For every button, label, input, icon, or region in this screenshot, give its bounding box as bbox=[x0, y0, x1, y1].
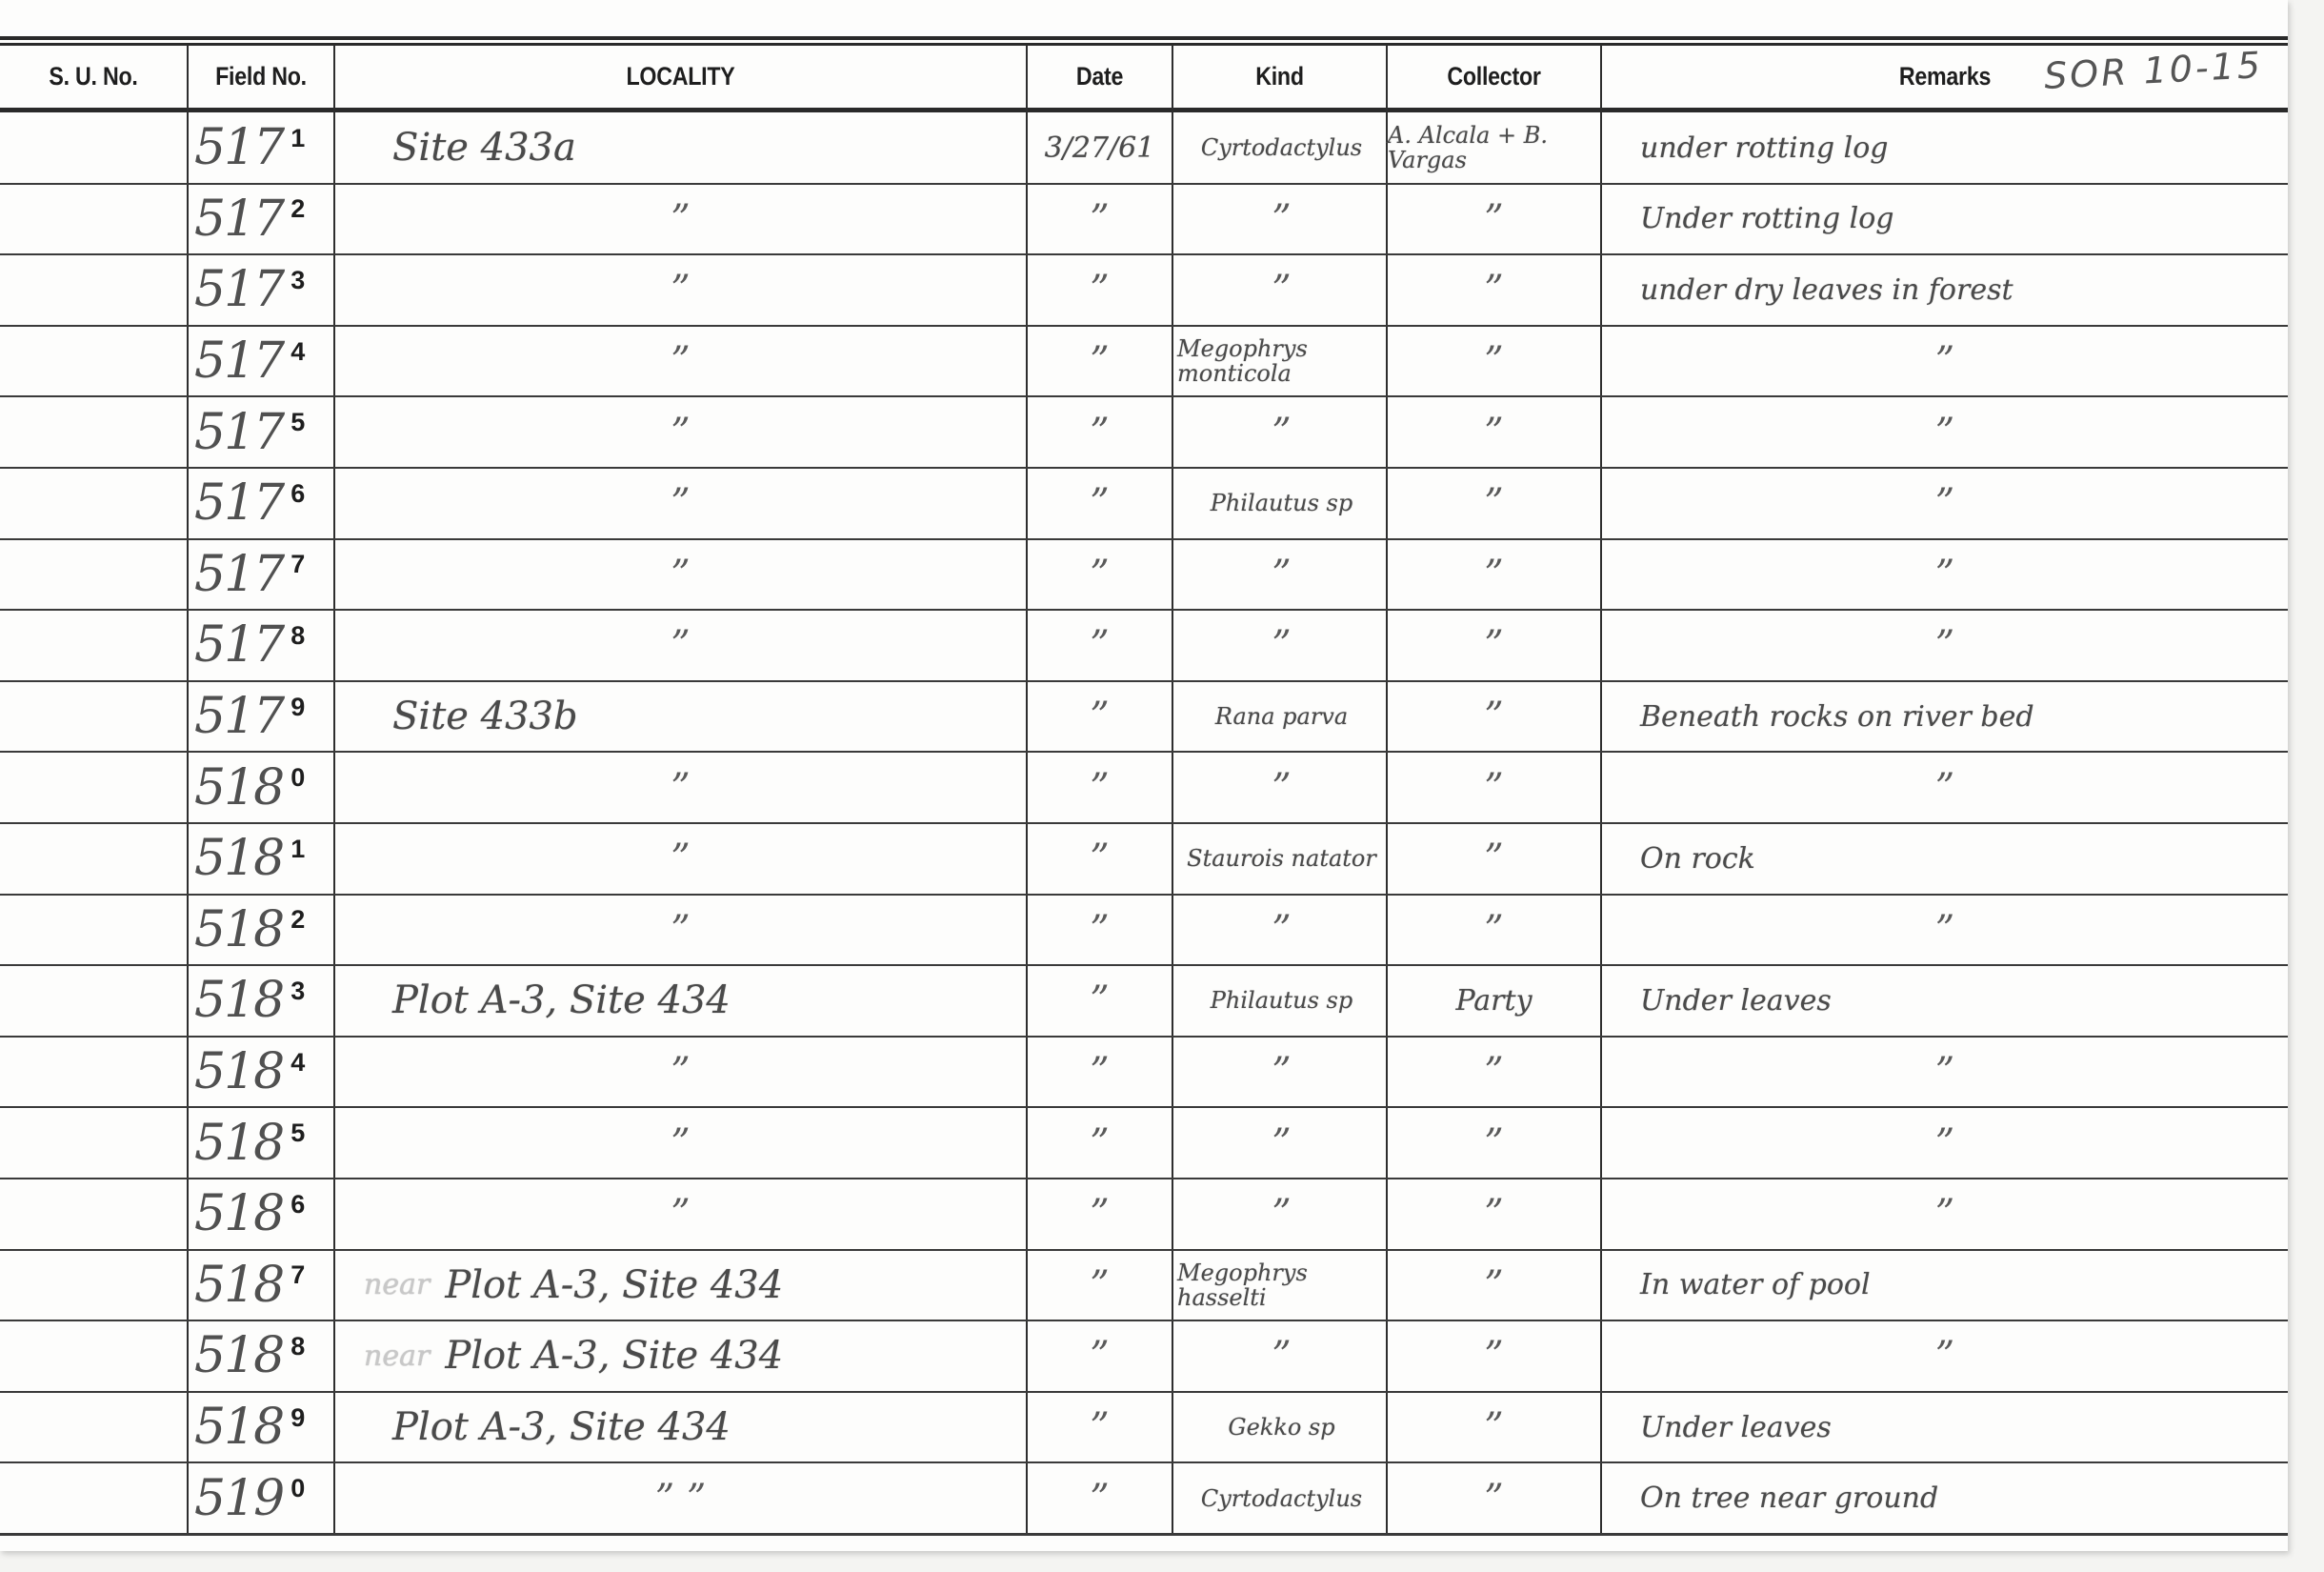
table-row: 5184””””” bbox=[0, 1037, 2288, 1108]
su-no-cell bbox=[0, 539, 187, 611]
collector-cell: ” bbox=[1388, 468, 1600, 539]
kind-cell: ” bbox=[1177, 895, 1386, 966]
remarks-cell: Under leaves bbox=[1602, 965, 2288, 1037]
table-row: 5173””””under dry leaves in forest bbox=[0, 254, 2288, 326]
field-no-cell: 5189 bbox=[194, 1392, 333, 1463]
remarks-cell: On tree near ground bbox=[1602, 1462, 2288, 1534]
field-no-printed-digit: 7 bbox=[290, 1260, 305, 1290]
kind-cell-text: ” bbox=[1272, 411, 1291, 454]
header-kind: Kind bbox=[1189, 48, 1372, 105]
remarks-cell-text: Beneath rocks on river bed bbox=[1640, 700, 2034, 734]
su-no-cell bbox=[0, 1037, 187, 1108]
remarks-cell: Under rotting log bbox=[1602, 184, 2288, 255]
date-cell: ” bbox=[1028, 468, 1172, 539]
locality-cell: Plot A-3, Site 434 bbox=[335, 1392, 1026, 1463]
locality-text: ” bbox=[671, 623, 690, 667]
date-cell: ” bbox=[1028, 184, 1172, 255]
remarks-cell: ” bbox=[1602, 326, 2288, 397]
locality-text: ” bbox=[671, 197, 690, 241]
row-rule bbox=[0, 1533, 2288, 1536]
field-no-handwritten: 517 bbox=[194, 261, 283, 318]
kind-cell: ” bbox=[1177, 254, 1386, 326]
su-no-cell bbox=[0, 396, 187, 468]
date-cell-text: ” bbox=[1090, 766, 1109, 810]
kind-cell-text: Cyrtodactylus bbox=[1201, 135, 1362, 160]
table-row: 5176””Philautus sp”” bbox=[0, 468, 2288, 539]
table-row: 5185””””” bbox=[0, 1107, 2288, 1179]
field-no-cell: 5190 bbox=[194, 1462, 333, 1534]
date-cell: ” bbox=[1028, 823, 1172, 895]
collector-cell-text: ” bbox=[1484, 268, 1503, 312]
remarks-cell-text: ” bbox=[1935, 481, 1954, 525]
field-no-handwritten: 518 bbox=[194, 1399, 283, 1456]
collector-cell: ” bbox=[1388, 254, 1600, 326]
collector-cell-text: ” bbox=[1484, 1477, 1503, 1521]
field-no-handwritten: 519 bbox=[194, 1470, 283, 1527]
collector-cell-text: ” bbox=[1484, 1405, 1503, 1449]
kind-cell-text: Rana parva bbox=[1215, 704, 1348, 729]
locality-cell: nearPlot A-3, Site 434 bbox=[335, 1320, 1026, 1392]
field-no-cell: 5184 bbox=[194, 1037, 333, 1108]
table-row: 5178””””” bbox=[0, 610, 2288, 681]
su-no-cell bbox=[0, 184, 187, 255]
kind-cell: Megophrys monticola bbox=[1177, 326, 1386, 397]
table-row: 5182””””” bbox=[0, 895, 2288, 966]
locality-text: ” bbox=[671, 268, 690, 312]
collector-cell: ” bbox=[1388, 1320, 1600, 1392]
kind-cell-text: ” bbox=[1272, 766, 1291, 810]
kind-cell-text: ” bbox=[1272, 268, 1291, 312]
field-no-handwritten: 517 bbox=[194, 333, 283, 390]
collector-cell-text: ” bbox=[1484, 339, 1503, 383]
su-no-cell bbox=[0, 1320, 187, 1392]
locality-cell: ” bbox=[335, 610, 1026, 681]
locality-text: ” bbox=[671, 766, 690, 810]
su-no-cell bbox=[0, 254, 187, 326]
header-collector: Collector bbox=[1403, 48, 1586, 105]
table-row: 5172””””Under rotting log bbox=[0, 184, 2288, 255]
collector-cell-text: ” bbox=[1484, 197, 1503, 241]
kind-cell: Cyrtodactylus bbox=[1177, 112, 1386, 184]
kind-cell: ” bbox=[1177, 184, 1386, 255]
remarks-cell: ” bbox=[1602, 468, 2288, 539]
header-date: Date bbox=[1038, 48, 1162, 105]
kind-cell-text: Gekko sp bbox=[1228, 1415, 1334, 1440]
kind-cell: Cyrtodactylus bbox=[1177, 1462, 1386, 1534]
field-no-handwritten: 518 bbox=[194, 972, 283, 1029]
field-no-printed-digit: 8 bbox=[290, 1332, 305, 1361]
kind-cell: ” bbox=[1177, 752, 1386, 823]
date-cell: ” bbox=[1028, 610, 1172, 681]
field-no-cell: 5174 bbox=[194, 326, 333, 397]
locality-cell: Site 433a bbox=[335, 112, 1026, 184]
locality-text: Plot A-3, Site 434 bbox=[445, 1334, 783, 1378]
date-cell-text: ” bbox=[1090, 1050, 1109, 1094]
remarks-cell-text: under rotting log bbox=[1640, 131, 1889, 165]
kind-cell: Rana parva bbox=[1177, 681, 1386, 753]
date-cell-text: ” bbox=[1090, 197, 1109, 241]
locality-text: Plot A-3, Site 434 bbox=[392, 1405, 731, 1449]
locality-cell: ” bbox=[335, 1037, 1026, 1108]
date-cell-text: ” bbox=[1090, 978, 1109, 1022]
locality-text: ” bbox=[671, 339, 690, 383]
date-cell: ” bbox=[1028, 752, 1172, 823]
remarks-cell-text: ” bbox=[1935, 553, 1954, 596]
field-no-cell: 5183 bbox=[194, 965, 333, 1037]
field-no-cell: 5185 bbox=[194, 1107, 333, 1179]
date-cell-text: ” bbox=[1090, 623, 1109, 667]
collector-cell: ” bbox=[1388, 184, 1600, 255]
collector-cell-text: ” bbox=[1484, 836, 1503, 880]
su-no-cell bbox=[0, 1179, 187, 1250]
remarks-cell-text: under dry leaves in forest bbox=[1640, 273, 2013, 307]
remarks-cell: under rotting log bbox=[1602, 112, 2288, 184]
su-no-cell bbox=[0, 895, 187, 966]
collector-cell: ” bbox=[1388, 1179, 1600, 1250]
locality-cell: ” bbox=[335, 539, 1026, 611]
kind-cell-text: ” bbox=[1272, 1050, 1291, 1094]
kind-cell-text: Cyrtodactylus bbox=[1201, 1486, 1362, 1511]
locality-cell: Plot A-3, Site 434 bbox=[335, 965, 1026, 1037]
date-cell-text: 3/27/61 bbox=[1045, 131, 1155, 165]
field-no-cell: 5188 bbox=[194, 1320, 333, 1392]
field-no-handwritten: 518 bbox=[194, 1327, 283, 1384]
field-no-handwritten: 518 bbox=[194, 1185, 283, 1242]
field-no-cell: 5180 bbox=[194, 752, 333, 823]
remarks-cell-text: Under leaves bbox=[1640, 1411, 1832, 1444]
field-no-handwritten: 517 bbox=[194, 688, 283, 745]
field-no-cell: 5175 bbox=[194, 396, 333, 468]
field-no-cell: 5171 bbox=[194, 112, 333, 184]
locality-cell: ” bbox=[335, 1179, 1026, 1250]
field-no-handwritten: 517 bbox=[194, 546, 283, 603]
kind-cell-text: ” bbox=[1272, 908, 1291, 952]
locality-erased-text: near bbox=[364, 1268, 430, 1301]
field-no-printed-digit: 7 bbox=[290, 550, 305, 579]
remarks-cell-text: ” bbox=[1935, 339, 1954, 383]
remarks-cell: under dry leaves in forest bbox=[1602, 254, 2288, 326]
kind-cell: ” bbox=[1177, 1320, 1386, 1392]
remarks-cell-text: In water of pool bbox=[1640, 1268, 1871, 1301]
date-cell: ” bbox=[1028, 895, 1172, 966]
kind-cell-text: Megophrys monticola bbox=[1177, 336, 1386, 386]
remarks-cell-text: ” bbox=[1935, 1334, 1954, 1378]
date-cell-text: ” bbox=[1090, 1405, 1109, 1449]
kind-cell-text: Megophrys hasselti bbox=[1177, 1260, 1386, 1310]
header-su-no: S. U. No. bbox=[13, 48, 174, 105]
field-no-cell: 5178 bbox=[194, 610, 333, 681]
su-no-cell bbox=[0, 681, 187, 753]
field-no-printed-digit: 3 bbox=[290, 266, 305, 295]
collector-cell: ” bbox=[1388, 1250, 1600, 1321]
locality-cell: ” bbox=[335, 752, 1026, 823]
remarks-cell: ” bbox=[1602, 1179, 2288, 1250]
collector-cell: Party bbox=[1388, 965, 1600, 1037]
collector-cell-text: Party bbox=[1455, 984, 1532, 1018]
collector-cell-text: ” bbox=[1484, 1121, 1503, 1165]
table-row: 5180””””” bbox=[0, 752, 2288, 823]
remarks-cell: Beneath rocks on river bed bbox=[1602, 681, 2288, 753]
remarks-cell: ” bbox=[1602, 610, 2288, 681]
field-no-printed-digit: 4 bbox=[290, 337, 305, 367]
remarks-cell-text: ” bbox=[1935, 623, 1954, 667]
kind-cell: Gekko sp bbox=[1177, 1392, 1386, 1463]
field-no-printed-digit: 6 bbox=[290, 1190, 305, 1219]
date-cell: ” bbox=[1028, 254, 1172, 326]
remarks-cell-text: ” bbox=[1935, 1050, 1954, 1094]
field-no-handwritten: 518 bbox=[194, 1043, 283, 1100]
collector-cell: ” bbox=[1388, 752, 1600, 823]
remarks-cell-text: ” bbox=[1935, 1192, 1954, 1236]
table-row: 5175””””” bbox=[0, 396, 2288, 468]
field-no-printed-digit: 2 bbox=[290, 194, 305, 224]
date-cell-text: ” bbox=[1090, 1477, 1109, 1521]
locality-text: ” bbox=[671, 908, 690, 952]
locality-text: ” bbox=[671, 1192, 690, 1236]
kind-cell: ” bbox=[1177, 1179, 1386, 1250]
kind-cell-text: ” bbox=[1272, 1192, 1291, 1236]
field-no-cell: 5182 bbox=[194, 895, 333, 966]
field-no-handwritten: 518 bbox=[194, 901, 283, 958]
locality-cell: ” bbox=[335, 823, 1026, 895]
collector-cell: ” bbox=[1388, 326, 1600, 397]
kind-cell: Philautus sp bbox=[1177, 468, 1386, 539]
locality-text: ” ” bbox=[655, 1477, 707, 1521]
field-no-printed-digit: 5 bbox=[290, 1119, 305, 1148]
date-cell-text: ” bbox=[1090, 1192, 1109, 1236]
table-row: 5186””””” bbox=[0, 1179, 2288, 1250]
field-no-handwritten: 518 bbox=[194, 759, 283, 816]
collector-cell: ” bbox=[1388, 1392, 1600, 1463]
locality-text: ” bbox=[671, 1121, 690, 1165]
date-cell: ” bbox=[1028, 1179, 1172, 1250]
date-cell: ” bbox=[1028, 965, 1172, 1037]
date-cell: ” bbox=[1028, 1462, 1172, 1534]
su-no-cell bbox=[0, 610, 187, 681]
field-no-printed-digit: 2 bbox=[290, 905, 305, 935]
collector-cell: ” bbox=[1388, 823, 1600, 895]
date-cell: ” bbox=[1028, 1037, 1172, 1108]
su-no-cell bbox=[0, 1392, 187, 1463]
date-cell-text: ” bbox=[1090, 1263, 1109, 1307]
kind-cell: ” bbox=[1177, 1037, 1386, 1108]
field-no-printed-digit: 0 bbox=[290, 1474, 305, 1503]
remarks-cell: ” bbox=[1602, 1320, 2288, 1392]
ledger-page: S. U. No. Field No. LOCALITY Date Kind C… bbox=[0, 0, 2288, 1551]
collector-cell: ” bbox=[1388, 1037, 1600, 1108]
collector-cell-text: ” bbox=[1484, 766, 1503, 810]
kind-cell-text: ” bbox=[1272, 1121, 1291, 1165]
kind-cell: ” bbox=[1177, 396, 1386, 468]
remarks-cell-text: On tree near ground bbox=[1640, 1481, 1938, 1515]
collector-cell: ” bbox=[1388, 539, 1600, 611]
field-no-printed-digit: 9 bbox=[290, 693, 305, 722]
su-no-cell bbox=[0, 1462, 187, 1534]
field-no-handwritten: 517 bbox=[194, 404, 283, 461]
locality-cell: ” ” bbox=[335, 1462, 1026, 1534]
date-cell-text: ” bbox=[1090, 411, 1109, 454]
kind-cell-text: ” bbox=[1272, 553, 1291, 596]
table-row: 5188nearPlot A-3, Site 434”””” bbox=[0, 1320, 2288, 1392]
su-no-cell bbox=[0, 965, 187, 1037]
date-cell-text: ” bbox=[1090, 339, 1109, 383]
date-cell-text: ” bbox=[1090, 695, 1109, 738]
locality-cell: Site 433b bbox=[335, 681, 1026, 753]
collector-cell-text: ” bbox=[1484, 1334, 1503, 1378]
top-double-rule-1 bbox=[0, 36, 2288, 40]
remarks-cell-text: On rock bbox=[1640, 842, 1755, 876]
collector-cell: ” bbox=[1388, 681, 1600, 753]
date-cell-text: ” bbox=[1090, 481, 1109, 525]
field-no-cell: 5173 bbox=[194, 254, 333, 326]
field-no-cell: 5176 bbox=[194, 468, 333, 539]
collector-cell-text: A. Alcala + B. Vargas bbox=[1388, 123, 1600, 172]
field-no-printed-digit: 6 bbox=[290, 479, 305, 509]
remarks-cell-text: Under rotting log bbox=[1640, 202, 1893, 235]
header-field-no: Field No. bbox=[199, 48, 324, 105]
kind-cell-text: ” bbox=[1272, 623, 1291, 667]
remarks-cell: In water of pool bbox=[1602, 1250, 2288, 1321]
su-no-cell bbox=[0, 1107, 187, 1179]
su-no-cell bbox=[0, 112, 187, 184]
field-no-handwritten: 517 bbox=[194, 474, 283, 532]
remarks-cell-text: ” bbox=[1935, 908, 1954, 952]
remarks-cell: Under leaves bbox=[1602, 1392, 2288, 1463]
locality-cell: ” bbox=[335, 1107, 1026, 1179]
locality-cell: ” bbox=[335, 468, 1026, 539]
date-cell: ” bbox=[1028, 1107, 1172, 1179]
date-cell: ” bbox=[1028, 396, 1172, 468]
table-row: 5190” ””Cyrtodactylus”On tree near groun… bbox=[0, 1462, 2288, 1534]
collector-cell-text: ” bbox=[1484, 1192, 1503, 1236]
kind-cell: ” bbox=[1177, 539, 1386, 611]
date-cell: ” bbox=[1028, 1392, 1172, 1463]
locality-text: ” bbox=[671, 836, 690, 880]
remarks-cell: ” bbox=[1602, 895, 2288, 966]
locality-cell: ” bbox=[335, 326, 1026, 397]
kind-cell: ” bbox=[1177, 1107, 1386, 1179]
table-row: 5177””””” bbox=[0, 539, 2288, 611]
collector-cell-text: ” bbox=[1484, 908, 1503, 952]
su-no-cell bbox=[0, 823, 187, 895]
kind-cell-text: Staurois natator bbox=[1187, 846, 1376, 871]
locality-text: Site 433b bbox=[392, 695, 578, 738]
kind-cell: Staurois natator bbox=[1177, 823, 1386, 895]
collector-cell-text: ” bbox=[1484, 1050, 1503, 1094]
field-no-handwritten: 517 bbox=[194, 191, 283, 248]
field-no-printed-digit: 5 bbox=[290, 408, 305, 437]
remarks-cell-text: ” bbox=[1935, 766, 1954, 810]
locality-text: Plot A-3, Site 434 bbox=[445, 1263, 783, 1307]
field-no-printed-digit: 8 bbox=[290, 621, 305, 651]
locality-cell: ” bbox=[335, 184, 1026, 255]
date-cell-text: ” bbox=[1090, 553, 1109, 596]
field-no-printed-digit: 9 bbox=[290, 1403, 305, 1433]
kind-cell-text: ” bbox=[1272, 197, 1291, 241]
remarks-cell: ” bbox=[1602, 1037, 2288, 1108]
su-no-cell bbox=[0, 326, 187, 397]
field-no-cell: 5177 bbox=[194, 539, 333, 611]
field-no-handwritten: 518 bbox=[194, 830, 283, 887]
locality-text: ” bbox=[671, 553, 690, 596]
collector-cell: ” bbox=[1388, 1107, 1600, 1179]
remarks-cell: On rock bbox=[1602, 823, 2288, 895]
field-no-printed-digit: 3 bbox=[290, 977, 305, 1006]
locality-text: Site 433a bbox=[392, 126, 576, 170]
field-no-printed-digit: 1 bbox=[290, 124, 305, 153]
date-cell: ” bbox=[1028, 326, 1172, 397]
kind-cell: Megophrys hasselti bbox=[1177, 1250, 1386, 1321]
remarks-cell: ” bbox=[1602, 1107, 2288, 1179]
date-cell-text: ” bbox=[1090, 1121, 1109, 1165]
remarks-cell-text: ” bbox=[1935, 1121, 1954, 1165]
collector-cell: ” bbox=[1388, 1462, 1600, 1534]
table-row: 5171Site 433a3/27/61CyrtodactylusA. Alca… bbox=[0, 112, 2288, 184]
collector-cell-text: ” bbox=[1484, 553, 1503, 596]
collector-cell: ” bbox=[1388, 396, 1600, 468]
field-no-cell: 5181 bbox=[194, 823, 333, 895]
field-no-cell: 5186 bbox=[194, 1179, 333, 1250]
table-row: 5187nearPlot A-3, Site 434”Megophrys has… bbox=[0, 1250, 2288, 1321]
date-cell-text: ” bbox=[1090, 836, 1109, 880]
field-no-cell: 5172 bbox=[194, 184, 333, 255]
su-no-cell bbox=[0, 752, 187, 823]
locality-cell: ” bbox=[335, 254, 1026, 326]
table-row: 5181””Staurois natator”On rock bbox=[0, 823, 2288, 895]
su-no-cell bbox=[0, 1250, 187, 1321]
remarks-cell: ” bbox=[1602, 539, 2288, 611]
field-no-printed-digit: 0 bbox=[290, 763, 305, 793]
locality-cell: nearPlot A-3, Site 434 bbox=[335, 1250, 1026, 1321]
locality-text: ” bbox=[671, 1050, 690, 1094]
kind-cell-text: ” bbox=[1272, 1334, 1291, 1378]
remarks-cell-text: ” bbox=[1935, 411, 1954, 454]
locality-text: Plot A-3, Site 434 bbox=[392, 978, 731, 1022]
field-no-handwritten: 517 bbox=[194, 616, 283, 674]
locality-text: ” bbox=[671, 411, 690, 454]
collector-cell: ” bbox=[1388, 610, 1600, 681]
locality-cell: ” bbox=[335, 396, 1026, 468]
locality-cell: ” bbox=[335, 895, 1026, 966]
date-cell: ” bbox=[1028, 1320, 1172, 1392]
collector-cell-text: ” bbox=[1484, 1263, 1503, 1307]
locality-erased-text: near bbox=[364, 1340, 430, 1373]
date-cell: 3/27/61 bbox=[1028, 112, 1172, 184]
remarks-cell-text: Under leaves bbox=[1640, 984, 1832, 1018]
remarks-cell: ” bbox=[1602, 396, 2288, 468]
date-cell-text: ” bbox=[1090, 908, 1109, 952]
field-no-cell: 5187 bbox=[194, 1250, 333, 1321]
collector-cell-text: ” bbox=[1484, 695, 1503, 738]
date-cell: ” bbox=[1028, 681, 1172, 753]
field-no-handwritten: 518 bbox=[194, 1257, 283, 1314]
kind-cell-text: Philautus sp bbox=[1211, 988, 1352, 1013]
collector-cell: A. Alcala + B. Vargas bbox=[1388, 112, 1600, 184]
field-no-handwritten: 518 bbox=[194, 1115, 283, 1172]
field-no-cell: 5179 bbox=[194, 681, 333, 753]
date-cell-text: ” bbox=[1090, 268, 1109, 312]
field-no-printed-digit: 4 bbox=[290, 1048, 305, 1078]
kind-cell: Philautus sp bbox=[1177, 965, 1386, 1037]
table-row: 5174””Megophrys monticola”” bbox=[0, 326, 2288, 397]
table-row: 5179Site 433b”Rana parva”Beneath rocks o… bbox=[0, 681, 2288, 753]
kind-cell-text: Philautus sp bbox=[1211, 491, 1352, 515]
collector-cell-text: ” bbox=[1484, 481, 1503, 525]
field-no-handwritten: 517 bbox=[194, 119, 283, 176]
remarks-cell: ” bbox=[1602, 752, 2288, 823]
collector-cell-text: ” bbox=[1484, 623, 1503, 667]
locality-text: ” bbox=[671, 481, 690, 525]
